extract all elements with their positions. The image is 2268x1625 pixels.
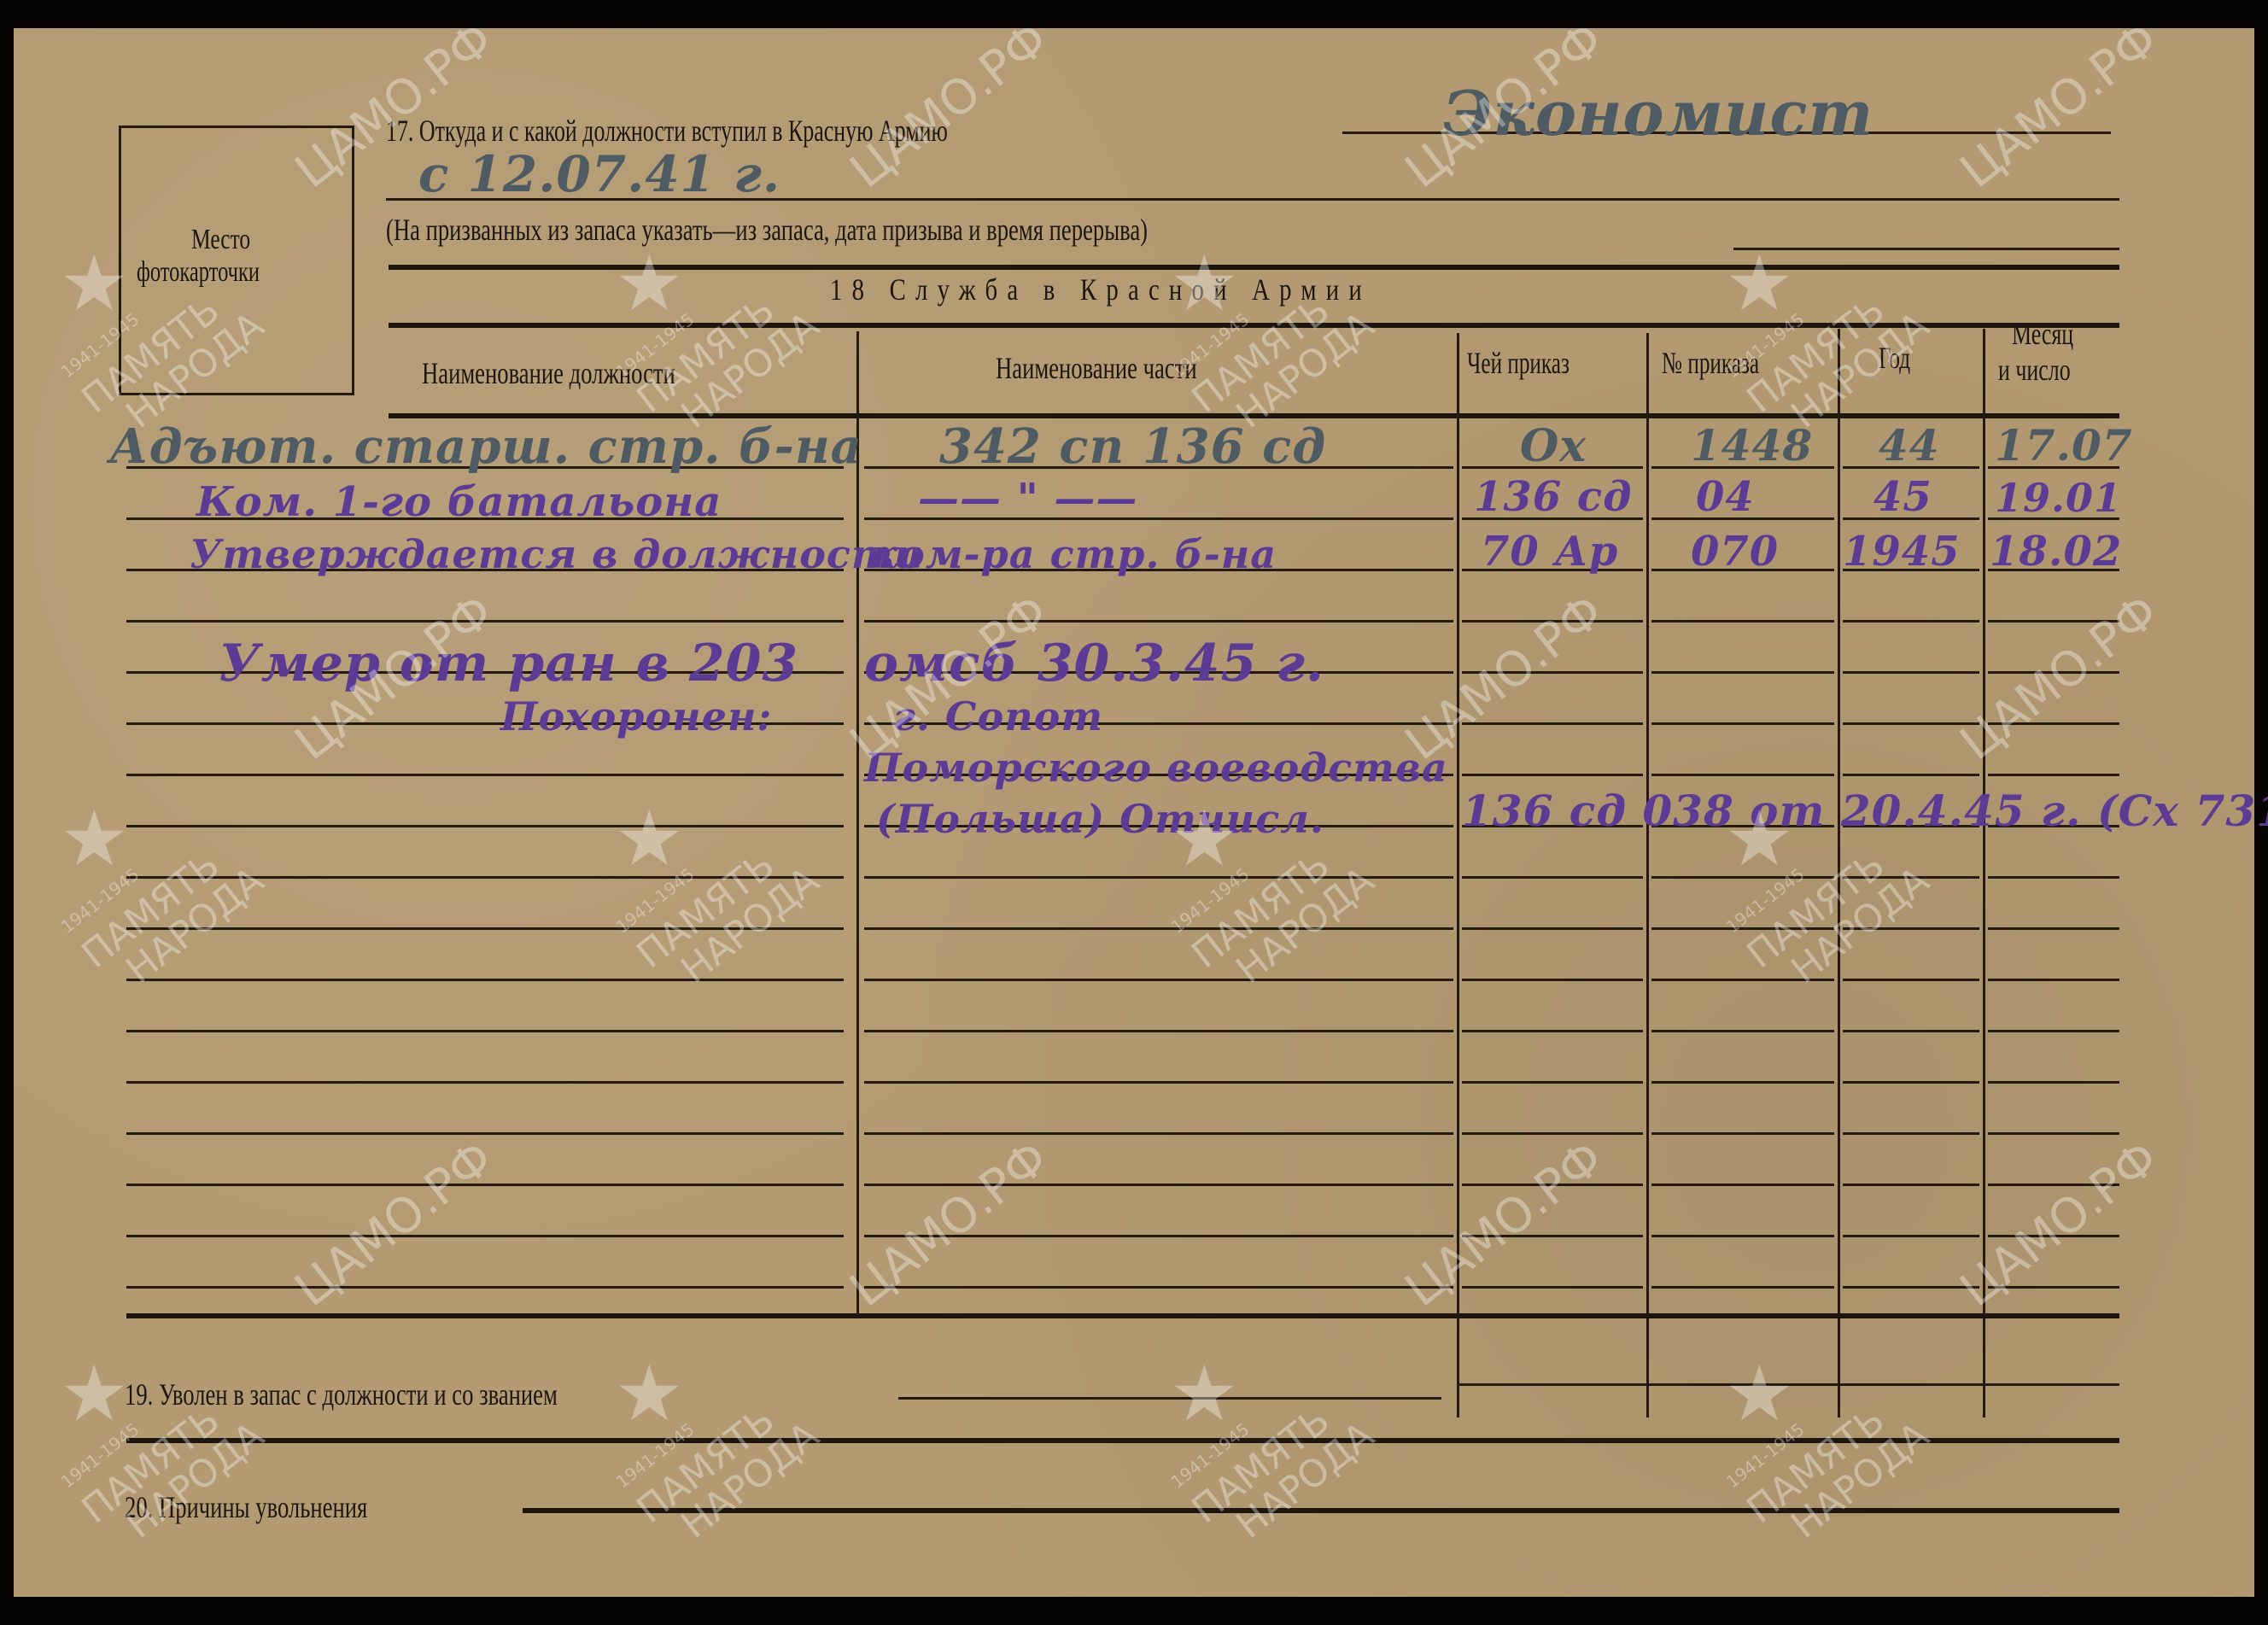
table-row-rule: [1843, 1184, 1979, 1186]
row3-position: Утверждается в должности: [190, 531, 923, 577]
table-row-rule: [1843, 1081, 1979, 1084]
table-row-rule: [1462, 927, 1643, 930]
col-header-date-2: и число: [1998, 352, 2071, 388]
death-note-line4-right: (Польша) Отчисл.: [876, 796, 1324, 842]
table-row-rule: [1462, 1081, 1643, 1084]
table-row-rule: [864, 620, 1453, 623]
table-row-rule: [126, 1132, 844, 1135]
row3-order-no: 070: [1691, 528, 1779, 576]
table-row-rule: [126, 1286, 844, 1289]
table-row-rule: [126, 979, 844, 981]
table-row-rule: [1988, 979, 2119, 981]
table-row-rule: [1843, 979, 1979, 981]
table-row-rule: [1843, 1286, 1979, 1289]
row2-order-no: 04: [1696, 473, 1755, 521]
table-row-rule: [1651, 1132, 1834, 1135]
table-row-rule: [126, 774, 844, 776]
row3-date: 18.02: [1990, 528, 2122, 576]
row2-date: 19.01: [1995, 475, 2122, 521]
table-row-rule: [1651, 671, 1834, 674]
table-row-rule: [126, 1081, 844, 1084]
row3-whose-order: 70 Ар: [1481, 528, 1618, 576]
col-divider-3: [1646, 333, 1649, 1417]
table-row-rule: [864, 927, 1453, 930]
table-row-rule: [1843, 620, 1979, 623]
table-row-rule: [1651, 620, 1834, 623]
table-row-rule: [1651, 1184, 1834, 1186]
table-row-rule: [1843, 671, 1979, 674]
row1-unit: 342 сп 136 сд: [939, 418, 1326, 475]
table-row-rule: [1651, 1081, 1834, 1084]
row3-unit: ком-ра стр. б-на: [871, 531, 1277, 577]
table-row-rule: [1988, 927, 2119, 930]
table-row-rule: [1843, 1235, 1979, 1237]
table-row-rule: [1651, 722, 1834, 725]
field20-underline: [523, 1508, 2119, 1513]
col-header-date-1: Месяц: [2012, 316, 2073, 352]
col-divider-1: [856, 331, 859, 1313]
table-row-rule: [1988, 876, 2119, 879]
table-row-rule: [864, 1132, 1453, 1135]
table-row-rule: [1462, 1030, 1643, 1032]
table-row-rule: [1462, 1132, 1643, 1135]
row2-whose-order: 136 сд: [1474, 473, 1633, 521]
table-row-rule: [1462, 774, 1643, 776]
table-row-rule: [864, 979, 1453, 981]
table-row-rule: [1988, 774, 2119, 776]
table-row-rule: [1651, 1030, 1834, 1032]
death-note-line2-left: Похоронен:: [500, 693, 772, 739]
row1-whose-order: Ох: [1520, 420, 1587, 472]
table-row-rule: [1462, 1286, 1643, 1289]
row2-year: 45: [1873, 473, 1932, 521]
table-row-rule: [864, 1081, 1453, 1084]
death-note-line3-right: Поморского воеводства: [864, 745, 1448, 791]
table-row-rule: [126, 1030, 844, 1032]
table-row-rule: [1988, 1081, 2119, 1084]
field17-note: (На призванных из запаса указать—из запа…: [386, 212, 1148, 248]
table-row-rule: [864, 1030, 1453, 1032]
field17-value-line2: с 12.07.41 г.: [418, 145, 780, 203]
table-row-rule: [1462, 979, 1643, 981]
table-row-rule: [1651, 1286, 1834, 1289]
section18-bottom-rule: [126, 1313, 2119, 1318]
table-row-rule: [1843, 1030, 1979, 1032]
table-row-rule: [1462, 876, 1643, 879]
col-header-whose-order: Чей приказ: [1467, 345, 1569, 381]
table-row-rule: [1988, 1030, 2119, 1032]
row2-position: Ком. 1-го батальона: [196, 478, 722, 526]
row1-position: Адъют. старш. стр. б-на: [109, 418, 862, 475]
table-row-rule: [864, 1286, 1453, 1289]
table-row-rule: [1651, 774, 1834, 776]
table-row-rule: [1988, 1132, 2119, 1135]
table-row-rule: [1843, 1132, 1979, 1135]
field17-line2: [386, 198, 2119, 201]
table-row-rule: [1651, 1235, 1834, 1237]
table-row-rule: [126, 1235, 844, 1237]
row3-year: 1945: [1843, 528, 1961, 576]
row1-date: 17.07: [1995, 420, 2133, 471]
row2-unit: —— " ——: [918, 475, 1137, 523]
table-row-rule: [1843, 774, 1979, 776]
row1-year: 44: [1879, 420, 1940, 471]
death-note-line1-left: Умер от ран в 203: [219, 634, 798, 693]
